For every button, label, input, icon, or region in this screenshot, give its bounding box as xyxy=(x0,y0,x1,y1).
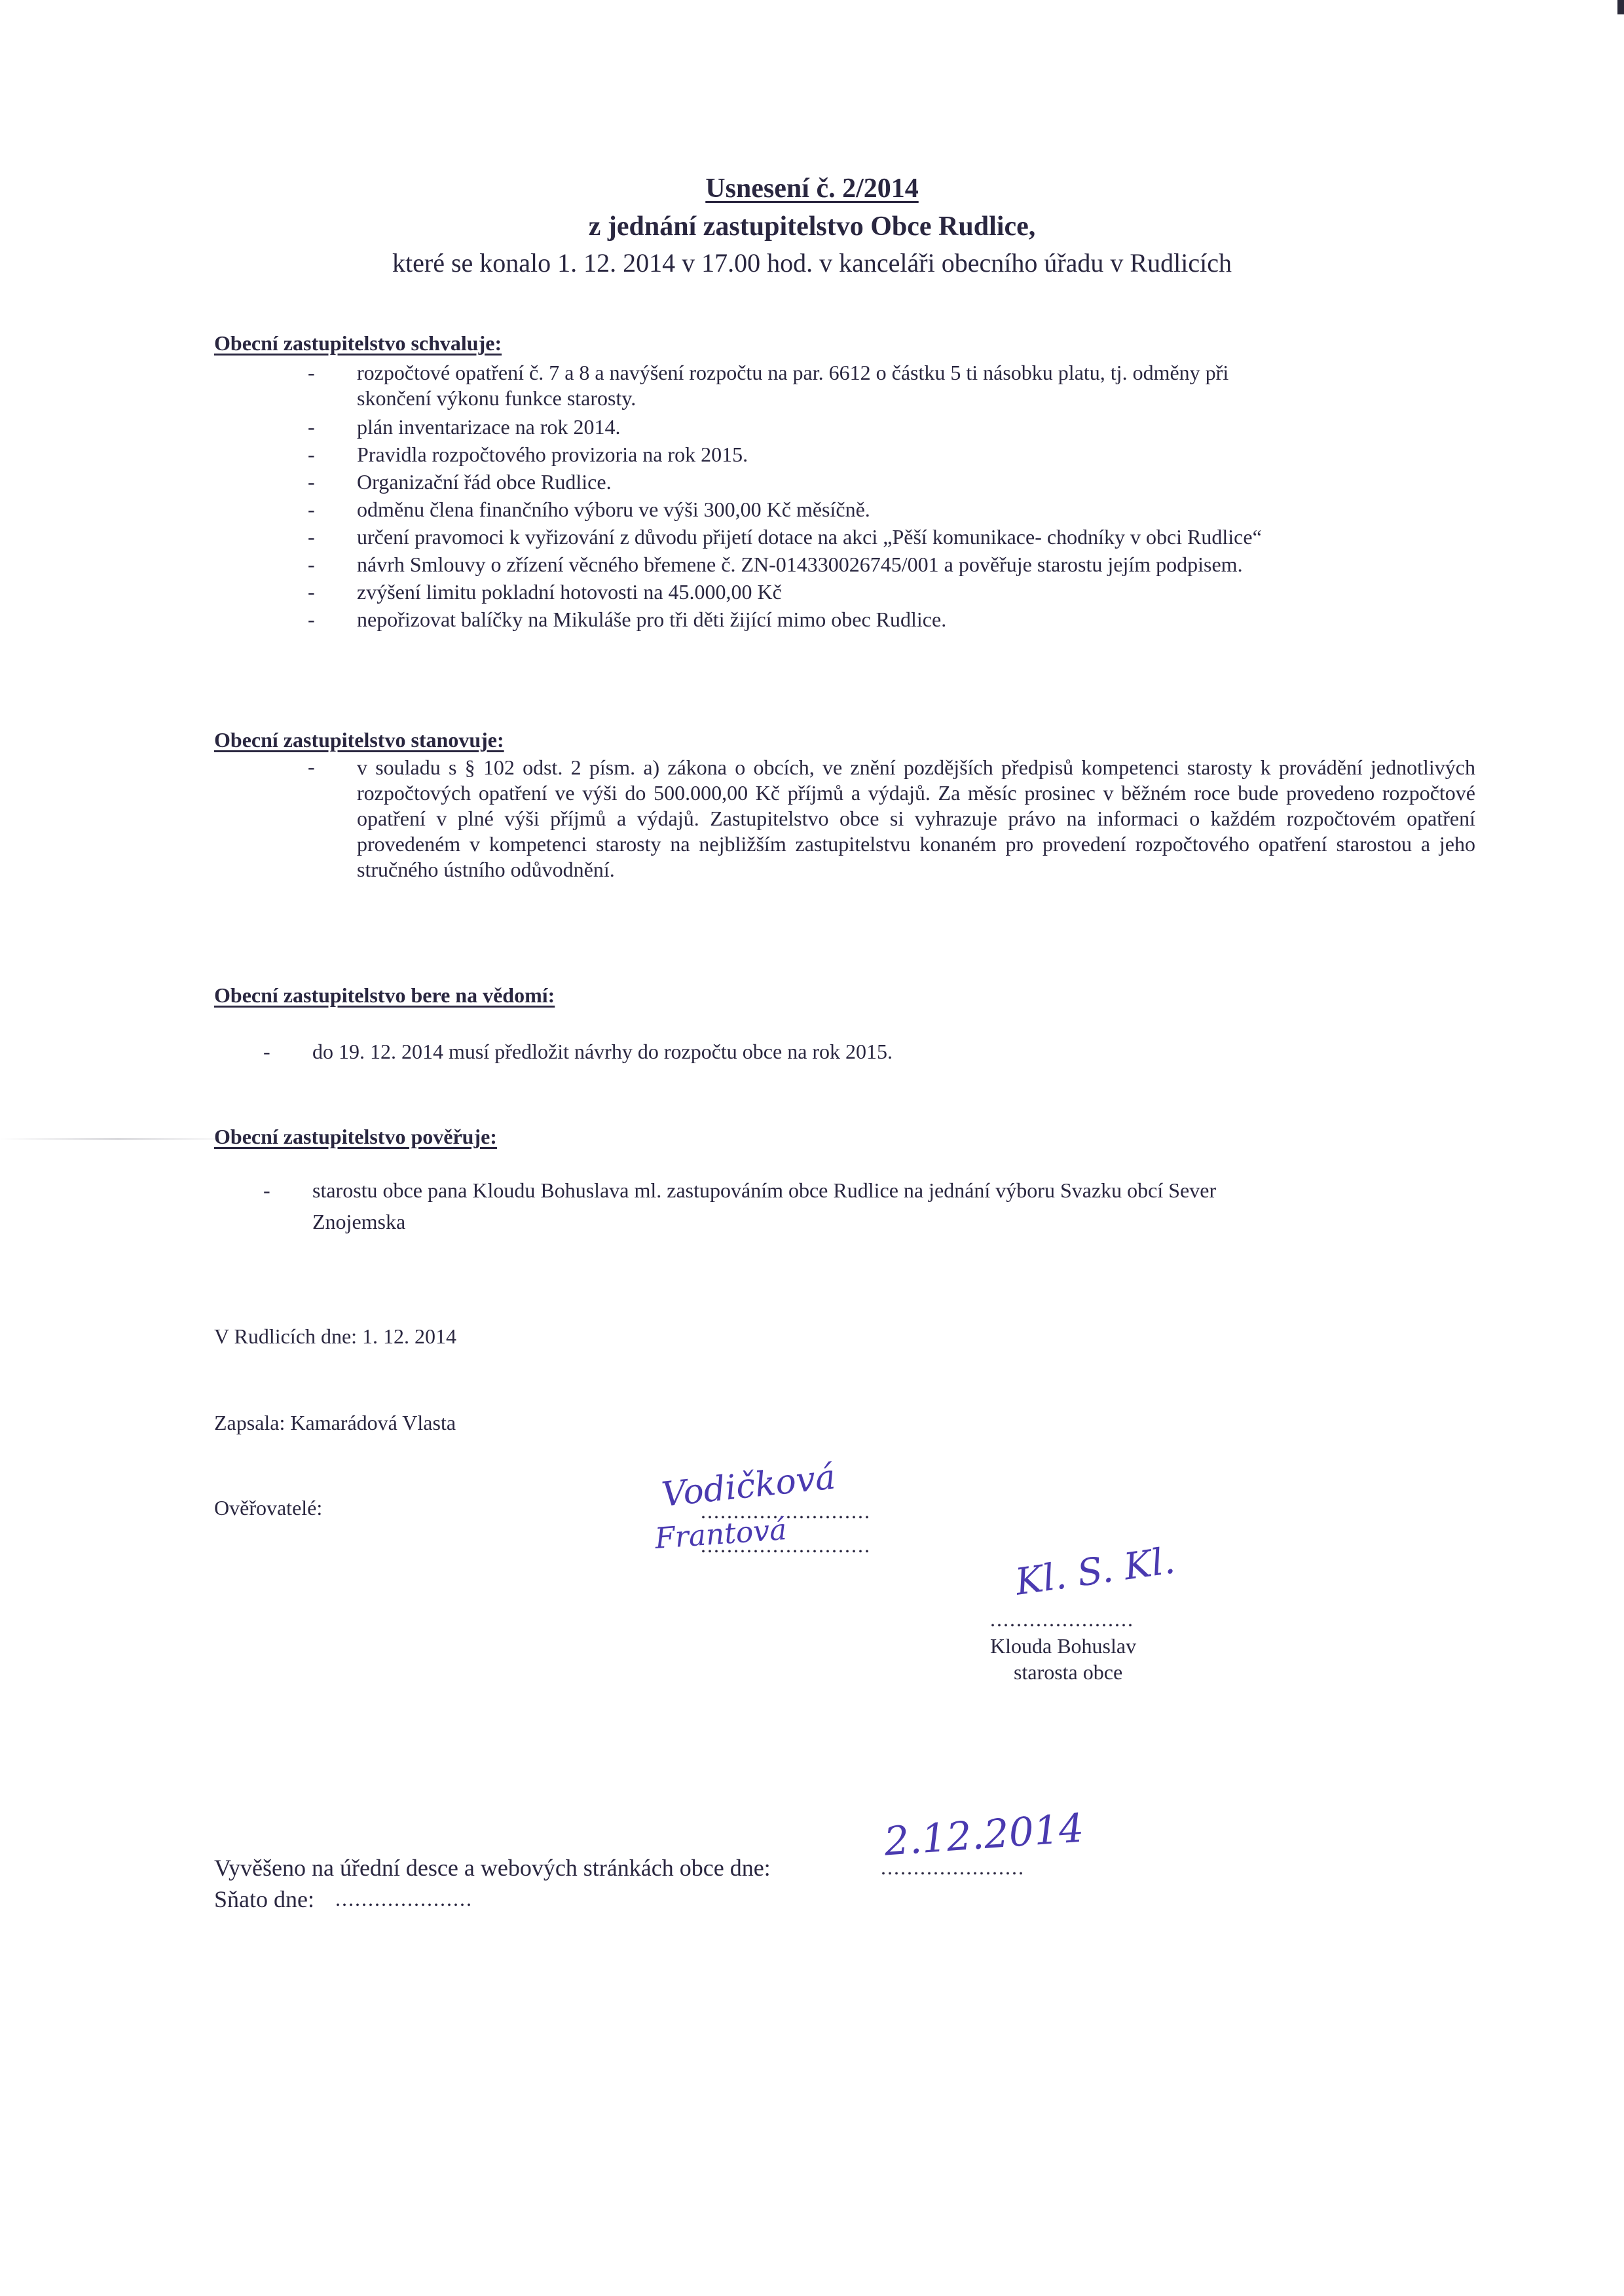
dash-bullet: - xyxy=(308,497,315,522)
section-heading-bere-na-vedomi: Obecní zastupitelstvo bere na vědomí: xyxy=(214,983,555,1008)
section-heading-poveruje: Obecní zastupitelstvo pověřuje: xyxy=(214,1125,497,1149)
dash-bullet: - xyxy=(308,607,315,632)
budget-competence-paragraph: v souladu s § 102 odst. 2 písm. a) zákon… xyxy=(357,755,1475,883)
list-item-text: Pravidla rozpočtového provizoria na rok … xyxy=(357,442,748,467)
list-item-text: určení pravomoci k vyřizování z důvodu p… xyxy=(357,524,1262,550)
section-heading-stanovuje: Obecní zastupitelstvo stanovuje: xyxy=(214,728,504,752)
list-item-text: rozpočtové opatření č. 7 a 8 a navýšení … xyxy=(357,360,1228,386)
title-block: Usnesení č. 2/2014 z jednání zastupitels… xyxy=(0,172,1624,280)
document-subtitle: z jednání zastupitelstvo Obce Rudlice, xyxy=(0,210,1624,244)
dash-bullet: - xyxy=(308,755,315,779)
list-item-text: návrh Smlouvy o zřízení věcného břemene … xyxy=(357,552,1243,577)
delegation-item: starostu obce pana Kloudu Bohuslava ml. … xyxy=(312,1178,1216,1203)
section-heading-schvaluje: Obecní zastupitelstvo schvaluje: xyxy=(214,331,502,355)
mayor-name: Klouda Bohuslav xyxy=(990,1634,1136,1658)
meeting-info: které se konalo 1. 12. 2014 v 17.00 hod.… xyxy=(0,246,1624,280)
dash-bullet: - xyxy=(308,552,315,577)
dash-bullet: - xyxy=(308,442,315,467)
list-item-continuation: skončení výkonu funkce starosty. xyxy=(357,386,636,411)
list-item-text: plán inventarizace na rok 2014. xyxy=(357,414,621,440)
dash-bullet: - xyxy=(308,579,315,605)
scan-artifact xyxy=(0,1138,236,1140)
dash-bullet: - xyxy=(263,1178,270,1203)
document-page: Usnesení č. 2/2014 z jednání zastupitels… xyxy=(0,0,1624,2296)
mayor-signature-line: ...................... xyxy=(990,1607,1134,1631)
list-item-text: zvýšení limitu pokladní hotovosti na 45.… xyxy=(357,579,782,605)
mayor-title: starosta obce xyxy=(1014,1660,1122,1685)
list-item-text: nepořizovat balíčky na Mikuláše pro tři … xyxy=(357,607,946,632)
dash-bullet: - xyxy=(308,524,315,550)
signature-line-2: .......................... xyxy=(701,1533,871,1558)
removed-label: Sňato dne: xyxy=(214,1886,314,1913)
dash-bullet: - xyxy=(308,360,315,386)
verifiers-label: Ověřovatelé: xyxy=(214,1496,322,1520)
acknowledged-item: do 19. 12. 2014 musí předložit návrhy do… xyxy=(312,1040,893,1064)
dash-bullet: - xyxy=(308,469,315,495)
list-item-text: Organizační řád obce Rudlice. xyxy=(357,469,612,495)
list-item-text: odměnu člena finančního výboru ve výši 3… xyxy=(357,497,870,522)
document-title: Usnesení č. 2/2014 xyxy=(0,172,1624,206)
removed-date-line: ..................... xyxy=(335,1887,473,1911)
delegation-item-continuation: Znojemska xyxy=(312,1210,405,1234)
dash-bullet: - xyxy=(308,414,315,440)
dash-bullet: - xyxy=(263,1040,270,1064)
posted-date-handwritten: 2.12.2014 xyxy=(883,1805,1086,1865)
mayor-signature: Kl. S. Kl. xyxy=(1013,1539,1178,1603)
recorded-by: Zapsala: Kamarádová Vlasta xyxy=(214,1411,456,1435)
scan-edge-mark xyxy=(1617,0,1624,14)
posted-label: Vyvěšeno na úřední desce a webových strá… xyxy=(214,1854,771,1882)
place-date: V Rudlicích dne: 1. 12. 2014 xyxy=(214,1324,456,1349)
